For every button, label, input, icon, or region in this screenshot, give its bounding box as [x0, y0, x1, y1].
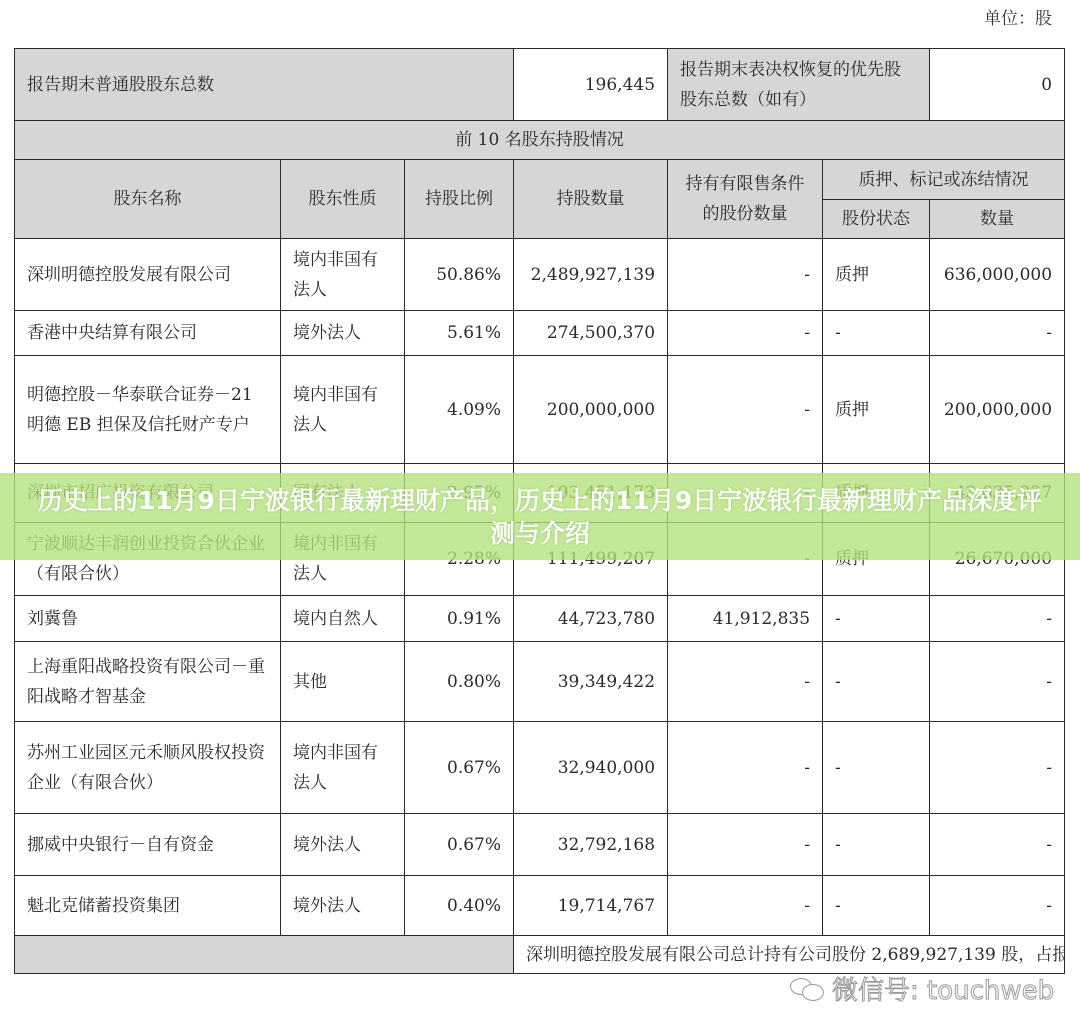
- cell-name: 挪威中央银行－自有资金: [15, 814, 281, 876]
- cell-qty: -: [930, 311, 1065, 356]
- footer-note: 深圳明德控股发展有限公司总计持有公司股份 2,689,927,139 股，占报告…: [514, 936, 1065, 974]
- header-shares: 持股数量: [514, 160, 668, 239]
- cell-status: -: [823, 814, 930, 876]
- watermark-text: 微信号: touchweb: [832, 970, 1054, 1007]
- cell-ratio: 0.67%: [405, 722, 514, 814]
- cell-qty: -: [930, 596, 1065, 642]
- preferred-holders-value: 0: [930, 49, 1065, 121]
- cell-restricted: -: [668, 876, 823, 936]
- table-row: 明德控股－华泰联合证券－21 明德 EB 担保及信托财产专户 境内非国有法人 4…: [15, 356, 1065, 464]
- summary-row: 报告期末普通股股东总数 196,445 报告期末表决权恢复的优先股股东总数（如有…: [15, 49, 1065, 121]
- cell-nature: 境外法人: [281, 876, 405, 936]
- cell-shares: 2,489,927,139: [514, 239, 668, 311]
- cell-nature: 境内自然人: [281, 596, 405, 642]
- cell-name: 香港中央结算有限公司: [15, 311, 281, 356]
- cell-qty: -: [930, 642, 1065, 722]
- footer-row: 深圳明德控股发展有限公司总计持有公司股份 2,689,927,139 股，占报告…: [15, 936, 1065, 974]
- watermark: 微信号: touchweb: [790, 970, 1054, 1007]
- cell-restricted: -: [668, 356, 823, 464]
- header-pledge-qty: 数量: [930, 200, 1065, 239]
- cell-status: 质押: [823, 239, 930, 311]
- table-row: 苏州工业园区元禾顺风股权投资企业（有限合伙） 境内非国有法人 0.67% 32,…: [15, 722, 1065, 814]
- cell-name: 明德控股－华泰联合证券－21 明德 EB 担保及信托财产专户: [15, 356, 281, 464]
- header-restricted: 持有有限售条件的股份数量: [668, 160, 823, 239]
- cell-nature: 境内非国有法人: [281, 722, 405, 814]
- cell-status: -: [823, 876, 930, 936]
- table-row: 上海重阳战略投资有限公司－重阳战略才智基金 其他 0.80% 39,349,42…: [15, 642, 1065, 722]
- preferred-holders-label: 报告期末表决权恢复的优先股股东总数（如有）: [668, 49, 930, 121]
- header-pledge-status: 股份状态: [823, 200, 930, 239]
- cell-ratio: 0.67%: [405, 814, 514, 876]
- cell-name: 上海重阳战略投资有限公司－重阳战略才智基金: [15, 642, 281, 722]
- cell-qty: -: [930, 876, 1065, 936]
- table-row: 深圳明德控股发展有限公司 境内非国有法人 50.86% 2,489,927,13…: [15, 239, 1065, 311]
- cell-shares: 32,792,168: [514, 814, 668, 876]
- unit-label: 单位：股: [984, 4, 1052, 29]
- common-holders-value: 196,445: [514, 49, 668, 121]
- section-title: 前 10 名股东持股情况: [15, 121, 1065, 160]
- cell-restricted: -: [668, 722, 823, 814]
- table-row: 香港中央结算有限公司 境外法人 5.61% 274,500,370 - - -: [15, 311, 1065, 356]
- cell-nature: 境内非国有法人: [281, 356, 405, 464]
- cell-restricted: -: [668, 239, 823, 311]
- cell-qty: 200,000,000: [930, 356, 1065, 464]
- section-title-row: 前 10 名股东持股情况: [15, 121, 1065, 160]
- wechat-icon: [790, 976, 826, 1002]
- cell-status: 质押: [823, 356, 930, 464]
- cell-ratio: 0.40%: [405, 876, 514, 936]
- cell-shares: 39,349,422: [514, 642, 668, 722]
- cell-shares: 200,000,000: [514, 356, 668, 464]
- cell-restricted: -: [668, 814, 823, 876]
- cell-qty: 636,000,000: [930, 239, 1065, 311]
- banner-title: 历史上的11月9日宁波银行最新理财产品，历史上的11月9日宁波银行最新理财产品深…: [30, 484, 1050, 550]
- cell-nature: 境内非国有法人: [281, 239, 405, 311]
- common-holders-label: 报告期末普通股股东总数: [15, 49, 514, 121]
- table-row: 刘冀鲁 境内自然人 0.91% 44,723,780 41,912,835 - …: [15, 596, 1065, 642]
- cell-shares: 44,723,780: [514, 596, 668, 642]
- cell-ratio: 0.80%: [405, 642, 514, 722]
- cell-status: -: [823, 642, 930, 722]
- cell-qty: -: [930, 814, 1065, 876]
- header-nature: 股东性质: [281, 160, 405, 239]
- header-ratio: 持股比例: [405, 160, 514, 239]
- cell-nature: 其他: [281, 642, 405, 722]
- footer-label-cell: [15, 936, 514, 974]
- cell-nature: 境外法人: [281, 814, 405, 876]
- header-row: 股东名称 股东性质 持股比例 持股数量 持有有限售条件的股份数量 质押、标记或冻…: [15, 160, 1065, 200]
- cell-name: 深圳明德控股发展有限公司: [15, 239, 281, 311]
- cell-name: 刘冀鲁: [15, 596, 281, 642]
- table-row: 挪威中央银行－自有资金 境外法人 0.67% 32,792,168 - - -: [15, 814, 1065, 876]
- cell-status: -: [823, 722, 930, 814]
- header-pledge-group: 质押、标记或冻结情况: [823, 160, 1065, 200]
- cell-status: -: [823, 596, 930, 642]
- cell-status: -: [823, 311, 930, 356]
- title-banner: 历史上的11月9日宁波银行最新理财产品，历史上的11月9日宁波银行最新理财产品深…: [0, 473, 1080, 560]
- header-name: 股东名称: [15, 160, 281, 239]
- cell-restricted: 41,912,835: [668, 596, 823, 642]
- cell-nature: 境外法人: [281, 311, 405, 356]
- cell-ratio: 4.09%: [405, 356, 514, 464]
- cell-ratio: 5.61%: [405, 311, 514, 356]
- cell-shares: 32,940,000: [514, 722, 668, 814]
- cell-ratio: 50.86%: [405, 239, 514, 311]
- cell-shares: 274,500,370: [514, 311, 668, 356]
- cell-name: 魁北克储蓄投资集团: [15, 876, 281, 936]
- cell-ratio: 0.91%: [405, 596, 514, 642]
- table-row: 魁北克储蓄投资集团 境外法人 0.40% 19,714,767 - - -: [15, 876, 1065, 936]
- cell-restricted: -: [668, 642, 823, 722]
- cell-qty: -: [930, 722, 1065, 814]
- cell-name: 苏州工业园区元禾顺风股权投资企业（有限合伙）: [15, 722, 281, 814]
- cell-shares: 19,714,767: [514, 876, 668, 936]
- cell-restricted: -: [668, 311, 823, 356]
